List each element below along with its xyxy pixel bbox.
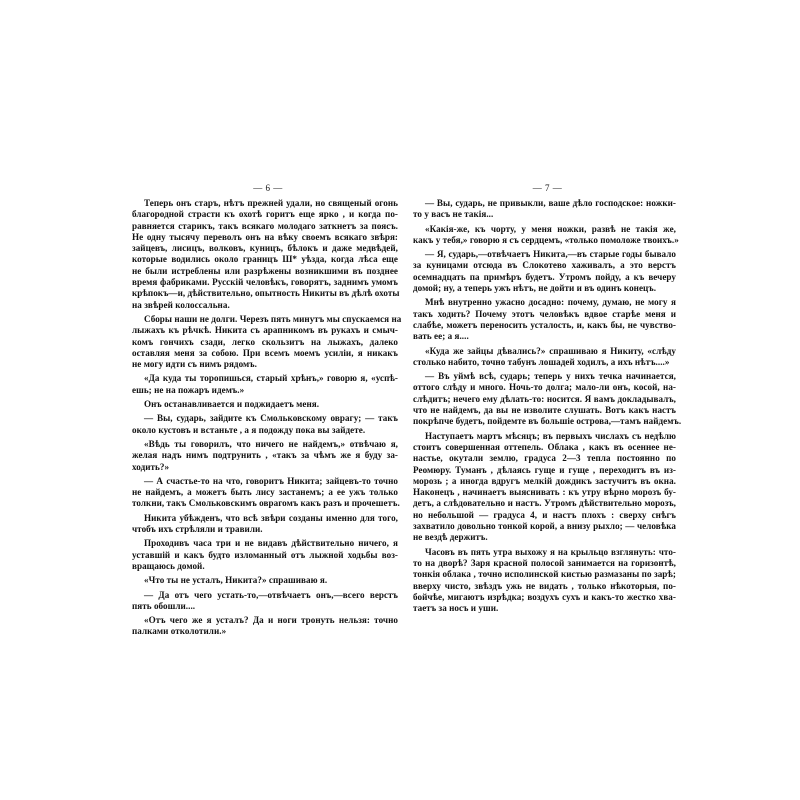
text-line: тонкія облака , точно исполинской кистью… [413, 569, 676, 580]
text-line: не могу идти съ нимъ рядомъ. [132, 359, 398, 370]
text-line: Не одну тысячу переволъ онъ на вѣку свое… [132, 232, 398, 243]
text-line: — Вы, сударь, не привыкли, ваше дѣло гос… [413, 198, 676, 209]
left-page-body: Теперь онъ старъ, нѣтъ прежней удали, но… [132, 198, 398, 638]
text-line: захватило довольно тонкой корой, а внизу… [413, 521, 676, 532]
text-line: «Отъ чего же я усталъ? Да и ноги тронуть… [132, 615, 398, 626]
text-line: толкни, такъ Смольковскимъ оврагомъ какъ… [132, 498, 398, 509]
text-line: около кустовъ и встаньте , а я подожду п… [132, 425, 398, 436]
text-line: стоитъ совершенная оттепель. Облака , ка… [413, 442, 676, 453]
text-line: Наконецъ , начинаетъ выяснивать : къ утр… [413, 487, 676, 498]
text-line: ходить?» [132, 462, 398, 473]
text-line: вращаюсь домой. [132, 561, 398, 572]
text-line: оттого слѣду и много. Ночь-то долга; мал… [413, 382, 676, 393]
paragraph: Проходивъ часа три и не видавъ дѣйствите… [132, 538, 398, 572]
paragraph: «Да куда ты торопишься, старый хрѣнъ,» г… [132, 373, 398, 396]
paragraph: — Вы, сударь, зайдите къ Смольковскому о… [132, 413, 398, 436]
text-line: бойчѣе, мигаютъ изрѣдка; воздухъ сухъ и … [413, 592, 676, 603]
text-line: — А счастье-то на что, говоритъ Никита; … [132, 476, 398, 487]
paragraph: «Что ты не усталъ, Никита?» спрашиваю я. [132, 575, 398, 586]
text-line: что не найдемъ, да вы не изволите слушат… [413, 405, 676, 416]
book-spread: — 6 — Теперь онъ старъ, нѣтъ прежней уда… [0, 0, 800, 800]
paragraph: Мнѣ внутренно ужасно досадно: почему, ду… [413, 297, 676, 342]
text-line: крѣпокъ—и, дѣйствительно, опытность Ники… [132, 288, 398, 299]
text-line: то на дворѣ? Заря красной полосой занима… [413, 558, 676, 569]
text-line: слабѣе, можетъ переносить усталость, и, … [413, 320, 676, 331]
paragraph: «Куда же зайцы дѣвались?» спрашиваю я Ни… [413, 346, 676, 369]
paragraph: Онъ останавливается и поджидаетъ меня. [132, 399, 398, 410]
text-line: то у васъ не такія... [413, 209, 676, 220]
text-line: «Да куда ты торопишься, старый хрѣнъ,» г… [132, 373, 398, 384]
text-line: такъ ходить? Почему этотъ человѣкъ вдвое… [413, 309, 676, 320]
text-line: ешь; не на пожаръ идемъ.» [132, 385, 398, 396]
text-line: Реомюру. Туманъ , дѣлаясь гуще и гуще , … [413, 465, 676, 476]
text-line: Теперь онъ старъ, нѣтъ прежней удали, но… [132, 198, 398, 209]
text-line: комъ гончихъ сзади, легко скользитъ на л… [132, 337, 398, 348]
text-line: Сборы наши не долги. Черезъ пять минутъ … [132, 314, 398, 325]
text-line: палками отколотили.» [132, 626, 398, 637]
paragraph: Никита убѣжденъ, что всѣ звѣри созданы и… [132, 513, 398, 536]
text-line: оставляя меня за собою. При всемъ моемъ … [132, 348, 398, 359]
paragraph: — Вы, сударь, не привыкли, ваше дѣло гос… [413, 198, 676, 221]
text-line: «Какія-же, къ чорту, у меня ножки, развѣ… [413, 224, 676, 235]
text-line: не были истреблены или разрѣжены возникш… [132, 266, 398, 277]
text-line: — Въ уймѣ всѣ, сударь; теперь у нихъ теч… [413, 371, 676, 382]
text-line: зайцевъ, лисицъ, волковъ, куницъ, бѣлокъ… [132, 243, 398, 254]
text-line: вверху чисто, звѣздъ ужь не видать , тол… [413, 581, 676, 592]
paragraph: — Да отъ чего устать-то,—отвѣчаетъ онъ,—… [132, 590, 398, 613]
text-line: пять обошли.... [132, 601, 398, 612]
text-line: Мнѣ внутренно ужасно досадно: почему, ду… [413, 297, 676, 308]
text-line: морозь ; а иногда вдругъ мелкій дождикъ … [413, 476, 676, 487]
text-line: которые водились около границъ Ш* уѣзда,… [132, 254, 398, 265]
paragraph: Теперь онъ старъ, нѣтъ прежней удали, но… [132, 198, 398, 311]
paragraph: «Отъ чего же я усталъ? Да и ноги тронуть… [132, 615, 398, 638]
page-number-left: — 6 — [132, 182, 398, 194]
text-line: — Да отъ чего устать-то,—отвѣчаетъ онъ,—… [132, 590, 398, 601]
text-line: Никита убѣжденъ, что всѣ звѣри созданы и… [132, 513, 398, 524]
text-line: «Вѣдь ты говорилъ, что ничего не найдемъ… [132, 439, 398, 450]
text-line: вать ее; а я.... [413, 331, 676, 342]
text-line: домой; ну, а теперь ужъ нѣтъ, не дойти и… [413, 283, 676, 294]
text-line: за куницами отсюда въ Слокотево хаживалъ… [413, 260, 676, 271]
text-line: равняется старикъ, такъ всякаго молодаго… [132, 221, 398, 232]
left-page: — 6 — Теперь онъ старъ, нѣтъ прежней уда… [132, 182, 398, 641]
text-line: не найдемъ, а можетъ быть лису застанемъ… [132, 487, 398, 498]
text-line: слѣдитъ; нечего ему дѣлать-то: носится. … [413, 394, 676, 405]
text-line: таетъ за носъ и уши. [413, 603, 676, 614]
text-line: но небольшой — градуса 4, и настъ плохъ … [413, 510, 676, 521]
text-line: — Я, сударь,—отвѣчаетъ Никита,—въ старые… [413, 249, 676, 260]
text-line: чтобъ ихъ стрѣляли и травили. [132, 524, 398, 535]
text-line: Часовъ въ пять утра выхожу я на крыльцо … [413, 547, 676, 558]
text-line: покрѣпче будетъ, пойдемте въ большіе ост… [413, 416, 676, 427]
paragraph: Часовъ въ пять утра выхожу я на крыльцо … [413, 547, 676, 615]
text-line: уставшій и какъ будто изломанный отъ лыж… [132, 550, 398, 561]
text-line: — Вы, сударь, зайдите къ Смольковскому о… [132, 413, 398, 424]
text-line: настье, окутали землю, градуса 2—3 тепла… [413, 453, 676, 464]
text-line: желая надъ нимъ подтрунить , «такъ за чѣ… [132, 450, 398, 461]
text-line: благородной страсти къ охотѣ горитъ еще … [132, 209, 398, 220]
text-line: Онъ останавливается и поджидаетъ меня. [132, 399, 398, 410]
paragraph: — А счастье-то на что, говоритъ Никита; … [132, 476, 398, 510]
text-line: на звѣрей колоссальна. [132, 300, 398, 311]
paragraph: «Какія-же, къ чорту, у меня ножки, развѣ… [413, 224, 676, 247]
text-line: лыжахъ къ рѣчкѣ. Никита съ арапникомъ въ… [132, 325, 398, 336]
text-line: осемнадцать па примѣръ будетъ. Утромъ по… [413, 272, 676, 283]
text-line: Проходивъ часа три и не видавъ дѣйствите… [132, 538, 398, 549]
text-line: не вездѣ держитъ. [413, 532, 676, 543]
text-line: детъ, а слѣдовательно и настъ. Утромъ дѣ… [413, 498, 676, 509]
paragraph: Наступаетъ мартъ мѣсяцъ; въ первыхъ числ… [413, 431, 676, 544]
text-line: время фабриками. Русскій человѣкъ, говор… [132, 277, 398, 288]
page-number-right: — 7 — [413, 182, 676, 194]
paragraph: — Я, сударь,—отвѣчаетъ Никита,—въ старые… [413, 249, 676, 294]
text-line: Наступаетъ мартъ мѣсяцъ; въ первыхъ числ… [413, 431, 676, 442]
paragraph: Сборы наши не долги. Черезъ пять минутъ … [132, 314, 398, 370]
right-page-body: — Вы, сударь, не привыкли, ваше дѣло гос… [413, 198, 676, 614]
text-line: «Что ты не усталъ, Никита?» спрашиваю я. [132, 575, 398, 586]
right-page: — 7 — — Вы, сударь, не привыкли, ваше дѣ… [413, 182, 676, 617]
text-line: «Куда же зайцы дѣвались?» спрашиваю я Ни… [413, 346, 676, 357]
paragraph: — Въ уймѣ всѣ, сударь; теперь у нихъ теч… [413, 371, 676, 427]
paragraph: «Вѣдь ты говорилъ, что ничего не найдемъ… [132, 439, 398, 473]
text-line: столько набито, точно табунъ лошадей ход… [413, 357, 676, 368]
text-line: какъ у тебя,» говорю я съ сердцемъ, «тол… [413, 235, 676, 246]
